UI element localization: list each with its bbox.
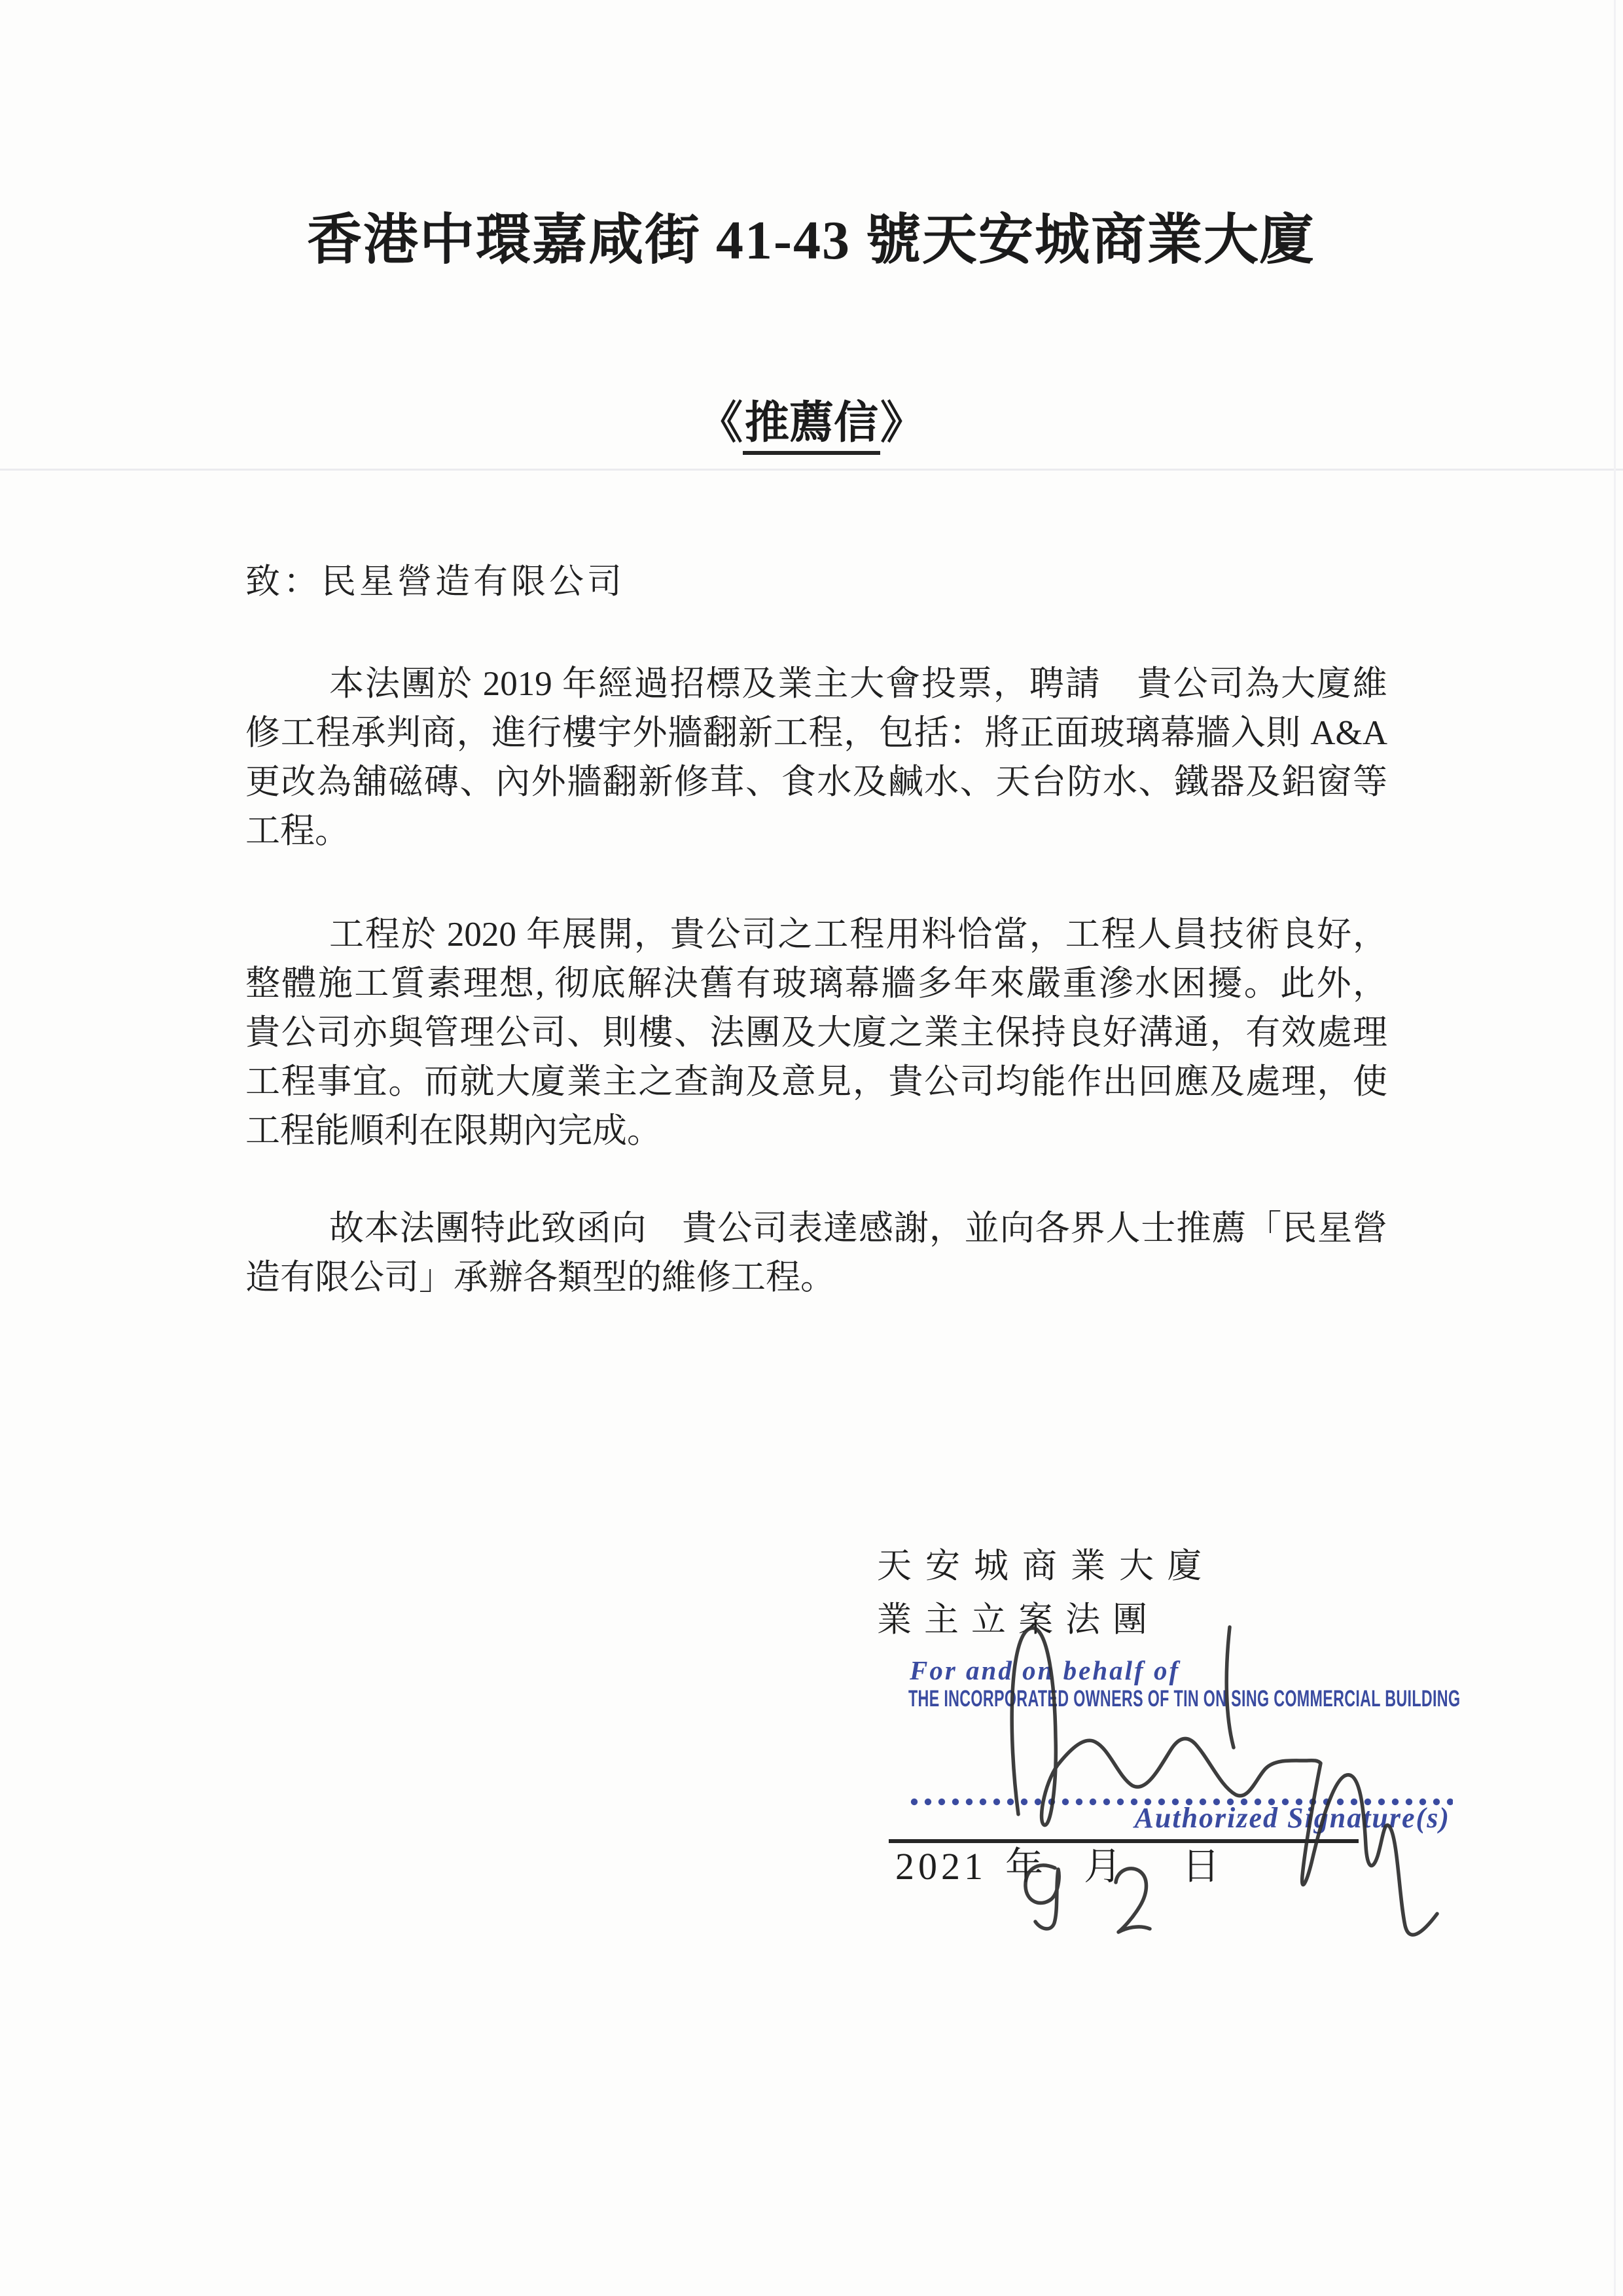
letter-subtitle: 《推薦信》 xyxy=(0,391,1623,454)
paragraph-line: 修工程承判商，進行樓宇外牆翻新工程，包括：將正面玻璃幕牆入則 A&A xyxy=(245,709,1387,758)
signature-scribble xyxy=(982,1571,1505,1977)
paragraph-line: 本法團於 2019 年經過招標及業主大會投票，聘請 貴公司為大廈維 xyxy=(245,660,1387,709)
paragraph-line: 工程於 2020 年展開，貴公司之工程用料恰當，工程人員技術良好， xyxy=(245,910,1387,960)
paragraph-line: 造有限公司」承辦各類型的維修工程。 xyxy=(245,1253,1387,1302)
paragraph-1: 本法團於 2019 年經過招標及業主大會投票，聘請 貴公司為大廈維 修工程承判商… xyxy=(245,660,1387,856)
scan-artifact-vertical-line xyxy=(1614,0,1616,2296)
subtitle-close-bracket: 》 xyxy=(880,398,925,448)
paragraph-line: 工程能順利在限期內完成。 xyxy=(245,1107,1387,1156)
paragraph-line: 故本法團特此致函向 貴公司表達感謝，並向各界人士推薦「民星營 xyxy=(245,1204,1387,1253)
subtitle-underlined-text: 推薦信 xyxy=(743,398,880,455)
handwritten-digit-9-stroke xyxy=(1026,1865,1059,1929)
subtitle-open-bracket: 《 xyxy=(698,398,743,448)
paragraph-line: 整體施工質素理想, 彻底解決舊有玻璃幕牆多年來嚴重滲水困擾。此外， xyxy=(245,960,1387,1009)
letter-title: 香港中環嘉咸街 41-43 號天安城商業大廈 xyxy=(0,202,1623,280)
paragraph-line: 貴公司亦與管理公司、則樓、法團及大廈之業主保持良好溝通，有效處理 xyxy=(245,1009,1387,1058)
letter-page: 香港中環嘉咸街 41-43 號天安城商業大廈 《推薦信》 致：民星營造有限公司 … xyxy=(0,0,1623,2296)
date-year: 2021 xyxy=(895,1845,987,1888)
paragraph-2: 工程於 2020 年展開，貴公司之工程用料恰當，工程人員技術良好， 整體施工質素… xyxy=(245,910,1387,1156)
signature-vertical-stroke xyxy=(1226,1627,1234,1748)
paragraph-3: 故本法團特此致函向 貴公司表達感謝，並向各界人士推薦「民星營 造有限公司」承辦各… xyxy=(245,1204,1387,1302)
handwritten-digit-2-stroke xyxy=(1116,1869,1150,1932)
recipient-line: 致：民星營造有限公司 xyxy=(245,554,625,603)
scan-artifact-horizontal-line xyxy=(0,469,1623,471)
paragraph-line: 工程事宜。而就大廈業主之查詢及意見，貴公司均能作出回應及處理，使 xyxy=(245,1058,1387,1107)
paragraph-line: 更改為舖磁磚、內外牆翻新修茸、食水及鹹水、天台防水、鐵器及鋁窗等 xyxy=(245,758,1387,807)
signature-main-stroke xyxy=(1012,1628,1437,1935)
paragraph-line: 工程。 xyxy=(245,807,1387,856)
